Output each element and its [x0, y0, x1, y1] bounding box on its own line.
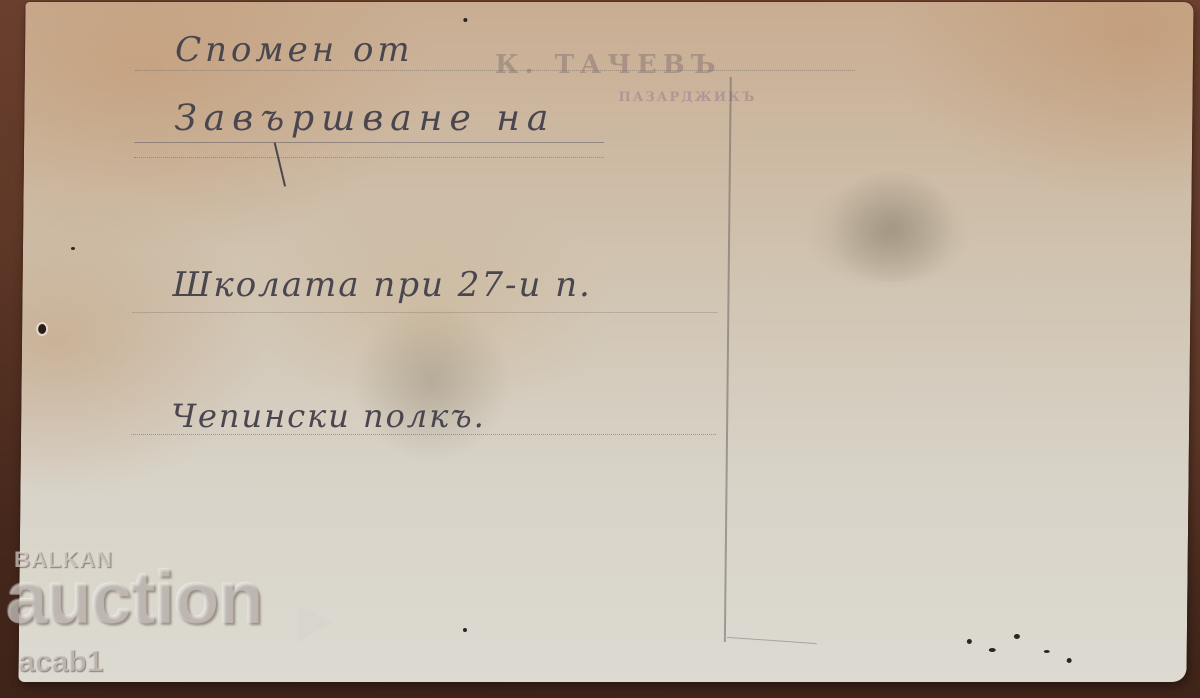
pin-hole	[38, 324, 46, 334]
speck	[1067, 658, 1072, 663]
printed-city-name: ПАЗАРДЖИКЪ	[618, 90, 756, 105]
printed-photographer-name: К. ТАЧЕВЪ	[495, 50, 722, 80]
stain	[351, 302, 513, 462]
play-arrow-icon	[298, 605, 332, 641]
speck	[71, 247, 75, 250]
watermark-main: auction	[6, 561, 262, 635]
handwriting-line-2: Завършване на	[174, 98, 555, 139]
speck	[1014, 634, 1020, 639]
address-divider-line	[724, 77, 732, 642]
watermark-username: acab1	[18, 645, 103, 679]
handwriting-line-3: Школата при 27-и п.	[172, 265, 592, 305]
speck	[463, 18, 467, 22]
speck	[967, 639, 972, 644]
speck	[1044, 650, 1050, 653]
dotted-rule	[132, 312, 717, 313]
speck	[989, 648, 996, 652]
speck	[463, 628, 467, 632]
handwriting-line-4: Чепински полкъ.	[171, 397, 486, 435]
stain	[823, 172, 964, 282]
dotted-rule	[134, 157, 604, 158]
solid-rule	[134, 142, 604, 143]
handwriting-descender	[274, 142, 286, 186]
dotted-rule	[135, 70, 855, 71]
divider-foot-line	[727, 637, 817, 644]
handwriting-line-1: Спомен от	[175, 30, 414, 70]
